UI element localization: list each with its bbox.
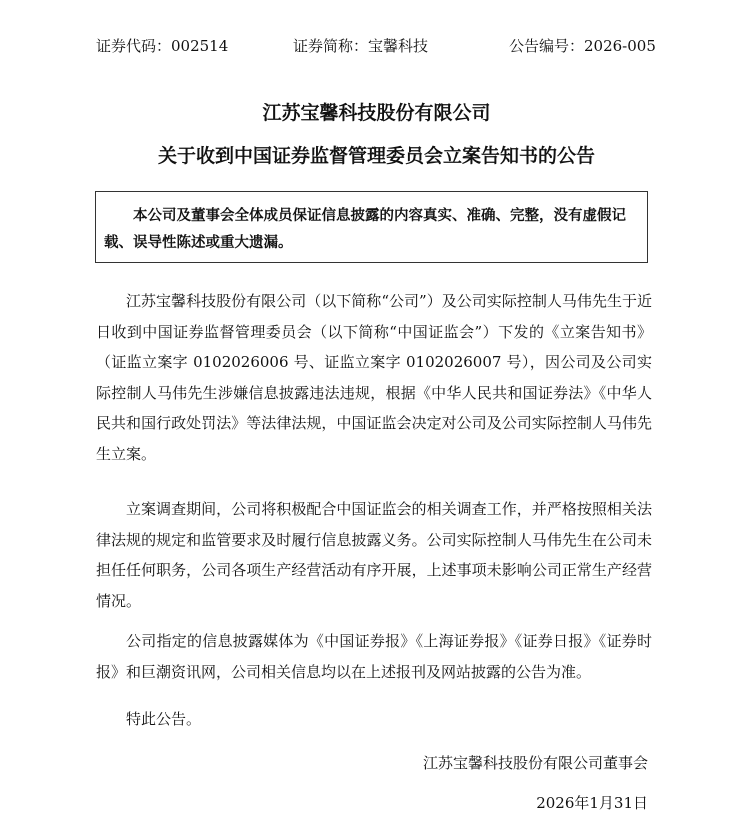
document-header: 证券代码：002514 证券简称：宝馨科技 公告编号：2026-005 <box>96 34 656 58</box>
signoff-board: 江苏宝馨科技股份有限公司董事会 <box>423 751 648 775</box>
signoff-date: 2026年1月31日 <box>536 791 648 815</box>
stock-short-name: 证券简称：宝馨科技 <box>293 34 428 58</box>
company-title: 江苏宝馨科技股份有限公司 <box>0 99 753 127</box>
announcement-title: 关于收到中国证券监督管理委员会立案告知书的公告 <box>0 142 753 170</box>
disclosure-statement-box: 本公司及董事会全体成员保证信息披露的内容真实、准确、完整，没有虚假记载、误导性陈… <box>95 191 648 263</box>
body-paragraph-investigation-period: 立案调查期间，公司将积极配合中国证监会的相关调查工作，并严格按照相关法律法规的规… <box>96 494 652 616</box>
body-paragraph-filing-notice: 江苏宝馨科技股份有限公司（以下简称“公司”）及公司实际控制人马伟先生于近日收到中… <box>96 286 652 469</box>
body-paragraph-closing: 特此公告。 <box>96 704 652 735</box>
disclosure-statement-text: 本公司及董事会全体成员保证信息披露的内容真实、准确、完整，没有虚假记载、误导性陈… <box>104 203 639 257</box>
body-paragraph-disclosure-media: 公司指定的信息披露媒体为《中国证券报》《上海证券报》《证券日报》《证券时报》和巨… <box>96 626 652 687</box>
stock-code: 证券代码：002514 <box>96 34 228 58</box>
announcement-number: 公告编号：2026-005 <box>509 34 656 58</box>
